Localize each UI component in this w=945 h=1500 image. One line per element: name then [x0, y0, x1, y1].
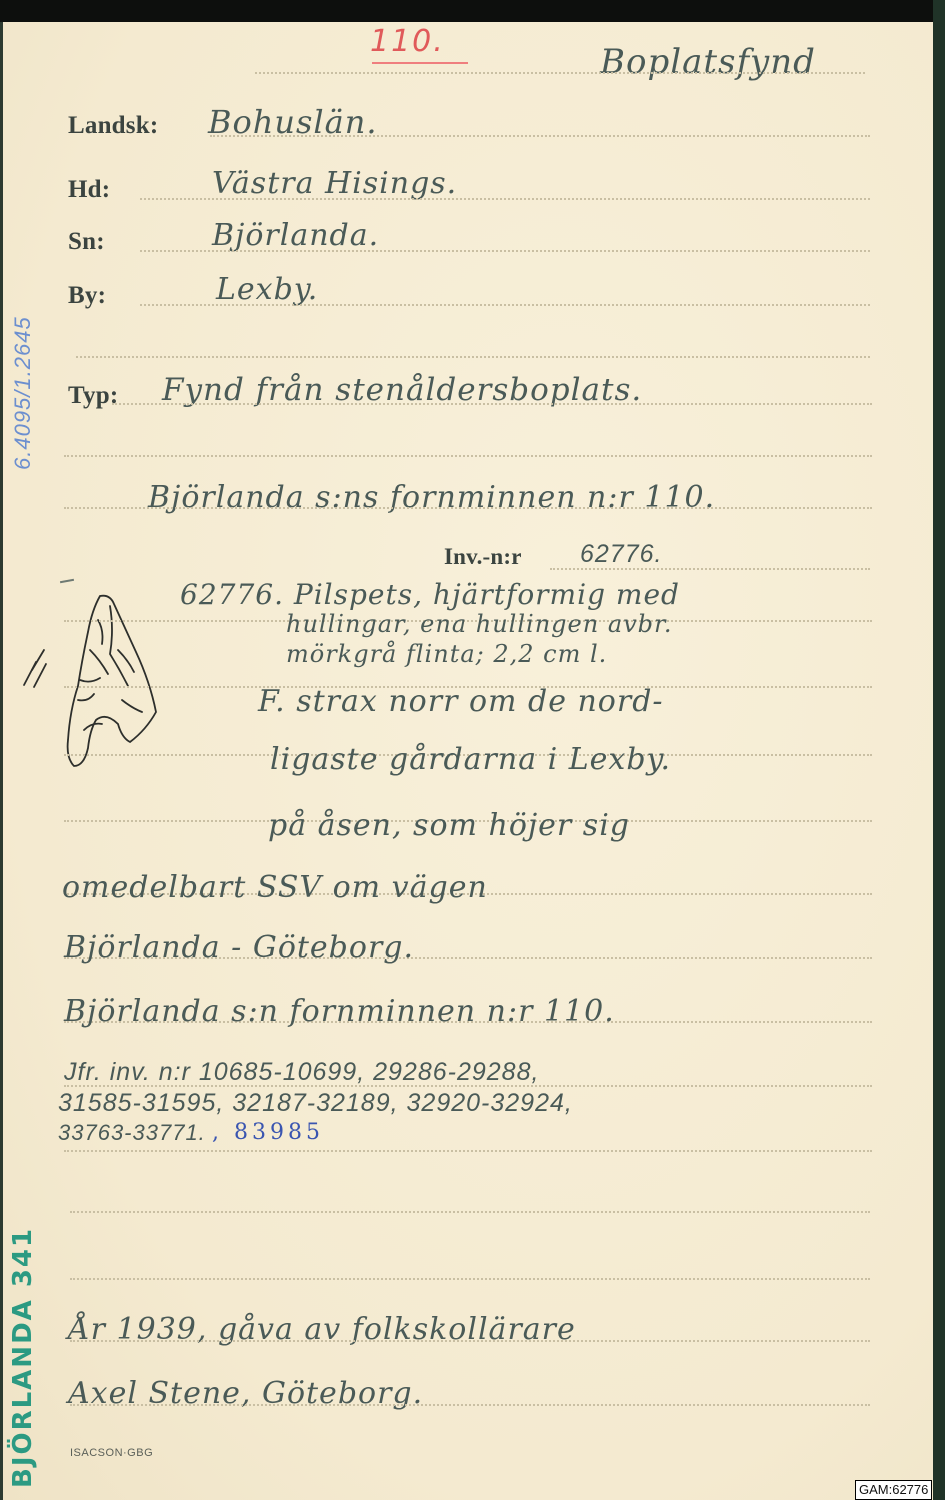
description-line: F. strax norr om de nord-	[258, 684, 664, 719]
cross-reference-line: 31585-31595, 32187-32189, 32920-32924,	[58, 1089, 573, 1118]
description-line: omedelbart SSV om vägen	[62, 870, 488, 905]
inventory-number: 62776.	[580, 540, 662, 569]
scan-right-border	[933, 0, 945, 1500]
description-line: Björlanda - Göteborg.	[64, 930, 414, 965]
field-value-hd: Västra Hisings.	[212, 166, 457, 201]
margin-note-blue: 6.4095/1.2645	[10, 316, 36, 470]
dotted-line	[70, 1211, 870, 1213]
dotted-line	[64, 1085, 872, 1087]
red-underline	[372, 62, 468, 64]
cross-reference-added-blue: , 83985	[212, 1120, 324, 1145]
dotted-line	[76, 356, 870, 358]
ancient-monument-reference: Björlanda s:ns fornminnen n:r 110.	[148, 480, 715, 515]
description-line: mörkgrå flinta; 2,2 cm l.	[286, 640, 607, 668]
printer-mark: ISACSON·GBG	[70, 1447, 153, 1459]
dotted-line	[550, 568, 870, 570]
description-line: hullingar, ena hullingen avbr.	[286, 610, 673, 638]
description-line: 62776. Pilspets, hjärtformig med	[180, 578, 680, 611]
description-line: ligaste gårdarna i Lexby.	[270, 742, 671, 777]
category-heading: Boplatsfynd	[600, 42, 816, 82]
field-label-landsk: Landsk:	[68, 112, 158, 140]
description-line: Björlanda s:n fornminnen n:r 110.	[64, 994, 615, 1029]
dotted-line	[70, 1404, 870, 1406]
inventory-label: Inv.-n:r	[444, 544, 522, 570]
description-line: på åsen, som höjer sig	[268, 808, 630, 843]
arrowhead-drawing-icon	[18, 590, 168, 775]
archive-id-label: GAM:62776	[855, 1480, 932, 1500]
dotted-line	[64, 455, 872, 457]
dotted-line	[64, 1150, 872, 1152]
dotted-line	[112, 403, 872, 405]
cross-reference-line: Jfr. inv. n:r 10685-10699, 29286-29288,	[64, 1058, 539, 1087]
dotted-line	[210, 135, 870, 137]
field-label-by: By:	[68, 282, 106, 310]
field-label-sn: Sn:	[68, 228, 105, 256]
field-value-sn: Björlanda.	[212, 218, 379, 253]
field-value-by: Lexby.	[216, 272, 318, 307]
scan-top-border	[0, 0, 945, 24]
catalog-number-red: 110.	[370, 24, 445, 59]
dotted-line	[64, 507, 872, 509]
dotted-line	[140, 250, 870, 252]
dotted-line	[140, 198, 870, 200]
field-label-typ: Typ:	[68, 382, 118, 410]
dotted-line	[70, 1278, 870, 1280]
dotted-line	[140, 304, 870, 306]
dotted-line	[70, 1340, 870, 1342]
cross-reference-line: 33763-33771.	[58, 1120, 206, 1146]
field-label-hd: Hd:	[68, 176, 110, 204]
side-stamp: BJÖRLANDA 341	[8, 1227, 38, 1488]
dotted-line	[255, 72, 865, 74]
